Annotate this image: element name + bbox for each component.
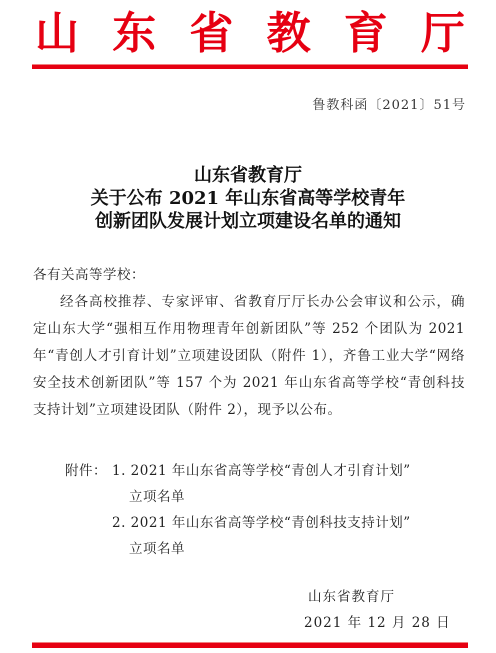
- title-line-1: 山东省教育厅: [30, 164, 466, 187]
- masthead-char: 厅: [418, 8, 468, 60]
- attachment-1-title: 1. 2021 年山东省高等学校“青创人才引育计划”: [112, 458, 411, 484]
- top-red-rule: [32, 64, 468, 69]
- attachments-list: 附件： 1. 2021 年山东省高等学校“青创人才引育计划” 立项名单 2. 2…: [65, 458, 411, 562]
- document-title: 山东省教育厅 关于公布 2021 年山东省高等学校青年 创新团队发展计划立项建设…: [30, 164, 466, 233]
- masthead-char: 山: [32, 8, 82, 60]
- attachment-2-title-cont: 立项名单: [65, 536, 411, 562]
- masthead-char: 育: [341, 8, 391, 60]
- attachment-1-title-cont: 立项名单: [65, 484, 411, 510]
- signature-block: 山东省教育厅 2021 年 12 月 28 日: [308, 584, 451, 636]
- document-body: 各有关高等学校： 经各高校推荐、专家评审、省教育厅厅长办公会审议和公示，确定山东…: [33, 262, 465, 424]
- masthead-char: 东: [109, 8, 159, 60]
- salutation: 各有关高等学校：: [33, 262, 465, 289]
- masthead: 山 东 省 教 育 厅: [32, 8, 468, 60]
- attachment-2-title: 2. 2021 年山东省高等学校“青创科技支持计划”: [65, 510, 411, 536]
- issue-date: 2021 年 12 月 28 日: [304, 610, 451, 636]
- bottom-red-rule: [32, 642, 468, 648]
- title-line-3: 创新团队发展计划立项建设名单的通知: [30, 210, 466, 233]
- attachments-label: 附件：: [65, 458, 112, 484]
- document-number: 鲁教科函〔2021〕51号: [312, 94, 466, 113]
- title-line-2: 关于公布 2021 年山东省高等学校青年: [30, 187, 466, 210]
- masthead-char: 省: [186, 8, 236, 60]
- body-paragraph: 经各高校推荐、专家评审、省教育厅厅长办公会审议和公示，确定山东大学“强相互作用物…: [33, 289, 465, 424]
- masthead-char: 教: [264, 8, 314, 60]
- issuer-name: 山东省教育厅: [308, 584, 451, 610]
